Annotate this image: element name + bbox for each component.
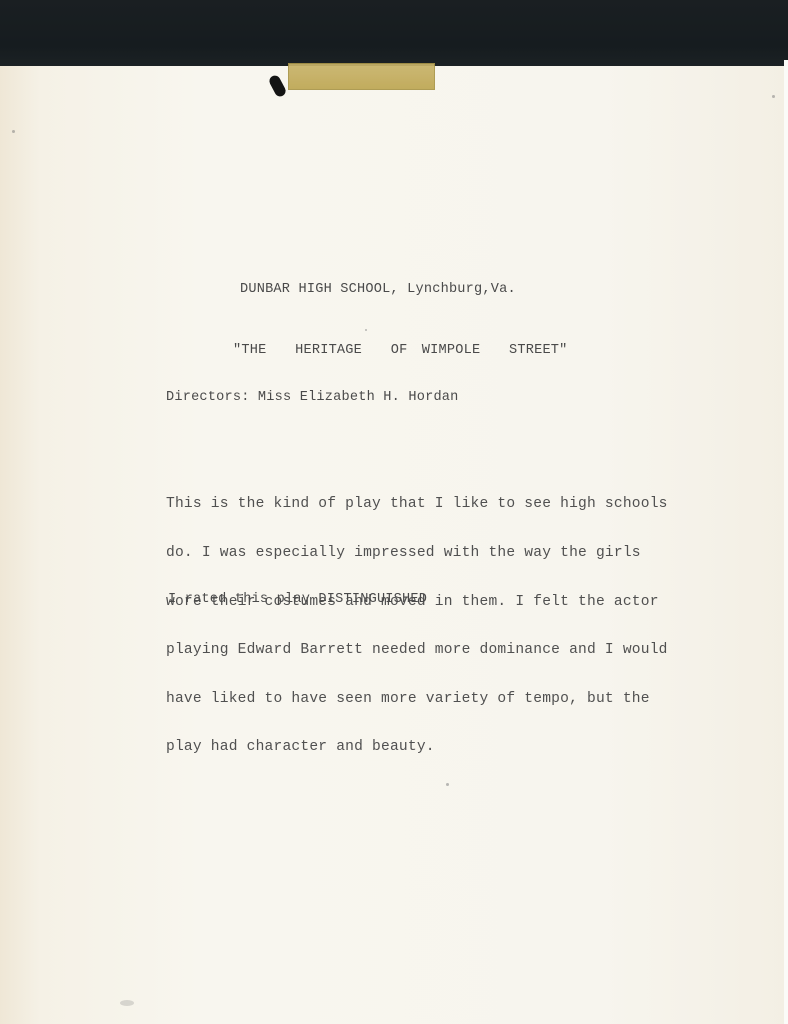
critique-line: This is the kind of play that I like to … [166,496,668,512]
adhesive-tape-strip [288,63,435,90]
directors-line: Directors: Miss Elizabeth H. Hordan [166,390,459,405]
critique-line: playing Edward Barrett needed more domin… [166,642,668,658]
scanner-background-band [0,0,788,66]
critique-paragraph: This is the kind of play that I like to … [166,464,668,772]
paper-speck [772,95,775,98]
rating-line: I rated this play DISTINGUISHED [168,592,427,607]
critique-line: have liked to have seen more variety of … [166,691,668,707]
school-heading: DUNBAR HIGH SCHOOL, Lynchburg,Va. [240,282,516,297]
paper-smudge [120,1000,134,1006]
paper-speck [365,329,367,331]
critique-line: play had character and beauty. [166,739,668,755]
play-title: "THE HERITAGE OF WIMPOLE STREET" [233,343,568,358]
paper-right-edge [784,60,788,1024]
paper-speck [12,130,15,133]
critique-line: do. I was especially impressed with the … [166,545,668,561]
paper-speck [446,783,449,786]
